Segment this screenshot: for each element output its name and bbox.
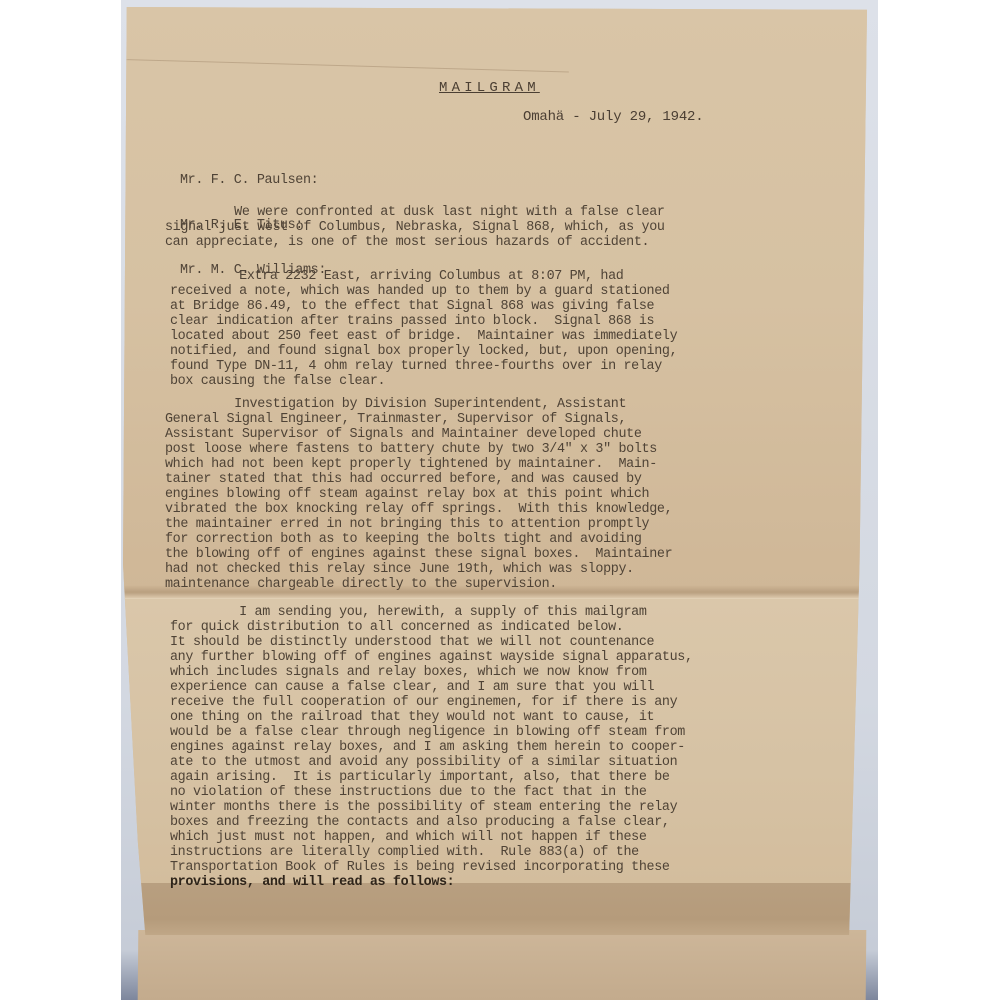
text-line: winter months there is the possibility o… bbox=[170, 800, 693, 815]
text-line: can appreciate, is one of the most serio… bbox=[165, 235, 665, 250]
text-line: We were confronted at dusk last night wi… bbox=[165, 205, 665, 220]
text-line: engines blowing off steam against relay … bbox=[165, 487, 672, 502]
paragraph-1: We were confronted at dusk last night wi… bbox=[165, 205, 665, 250]
text-line: box causing the false clear. bbox=[170, 374, 677, 389]
text-line: vibrated the box knocking relay off spri… bbox=[165, 502, 672, 517]
text-line: It should be distinctly understood that … bbox=[170, 635, 693, 650]
text-line: which had not been kept properly tighten… bbox=[165, 457, 672, 472]
text-line: which includes signals and relay boxes, … bbox=[170, 665, 693, 680]
text-line: Transportation Book of Rules is being re… bbox=[170, 860, 693, 875]
text-line: boxes and freezing the contacts and also… bbox=[170, 815, 693, 830]
text-line: General Signal Engineer, Trainmaster, Su… bbox=[165, 412, 672, 427]
text-line: clear indication after trains passed int… bbox=[170, 314, 677, 329]
text-line: ate to the utmost and avoid any possibil… bbox=[170, 755, 693, 770]
text-line: experience can cause a false clear, and … bbox=[170, 680, 693, 695]
text-line: instructions are literally complied with… bbox=[170, 845, 693, 860]
text-line: again arising. It is particularly import… bbox=[170, 770, 693, 785]
text-line: receive the full cooperation of our engi… bbox=[170, 695, 693, 710]
text-line: for quick distribution to all concerned … bbox=[170, 620, 693, 635]
text-line: maintenance chargeable directly to the s… bbox=[165, 577, 672, 592]
paragraph-4: I am sending you, herewith, a supply of … bbox=[170, 605, 693, 890]
text-line: signal just west of Columbus, Nebraska, … bbox=[165, 220, 665, 235]
text-line: no violation of these instructions due t… bbox=[170, 785, 693, 800]
text-line: tainer stated that this had occurred bef… bbox=[165, 472, 672, 487]
back-sheet bbox=[138, 930, 867, 1000]
text-line: the maintainer erred in not bringing thi… bbox=[165, 517, 672, 532]
text-line: the blowing off of engines against these… bbox=[165, 547, 672, 562]
mailgram-letter: MAILGRAM Omahä - July 29, 1942. Mr. F. C… bbox=[123, 7, 867, 935]
text-line: post loose where fastens to battery chut… bbox=[165, 442, 672, 457]
addressee: Mr. F. C. Paulsen: bbox=[180, 173, 326, 188]
text-line: at Bridge 86.49, to the effect that Sign… bbox=[170, 299, 677, 314]
bottom-fold-panel bbox=[123, 883, 867, 935]
text-line: engines against relay boxes, and I am as… bbox=[170, 740, 693, 755]
text-line: I am sending you, herewith, a supply of … bbox=[170, 605, 693, 620]
text-line: provisions, and will read as follows: bbox=[170, 875, 693, 890]
text-line: Extra 2232 East, arriving Columbus at 8:… bbox=[170, 269, 677, 284]
text-line: would be a false clear through negligenc… bbox=[170, 725, 693, 740]
text-line: received a note, which was handed up to … bbox=[170, 284, 677, 299]
text-line: located about 250 feet east of bridge. M… bbox=[170, 329, 677, 344]
dateline: Omahä - July 29, 1942. bbox=[523, 109, 703, 125]
text-line: found Type DN-11, 4 ohm relay turned thr… bbox=[170, 359, 677, 374]
text-line: any further blowing off of engines again… bbox=[170, 650, 693, 665]
paragraph-3: Investigation by Division Superintendent… bbox=[165, 397, 672, 592]
text-line: notified, and found signal box properly … bbox=[170, 344, 677, 359]
text-line: had not checked this relay since June 19… bbox=[165, 562, 672, 577]
text-line: one thing on the railroad that they woul… bbox=[170, 710, 693, 725]
text-line: Assistant Supervisor of Signals and Main… bbox=[165, 427, 672, 442]
text-line: which just must not happen, and which wi… bbox=[170, 830, 693, 845]
paragraph-2: Extra 2232 East, arriving Columbus at 8:… bbox=[170, 269, 677, 389]
text-line: for correction both as to keeping the bo… bbox=[165, 532, 672, 547]
text-line: Investigation by Division Superintendent… bbox=[165, 397, 672, 412]
document-title: MAILGRAM bbox=[439, 80, 540, 96]
